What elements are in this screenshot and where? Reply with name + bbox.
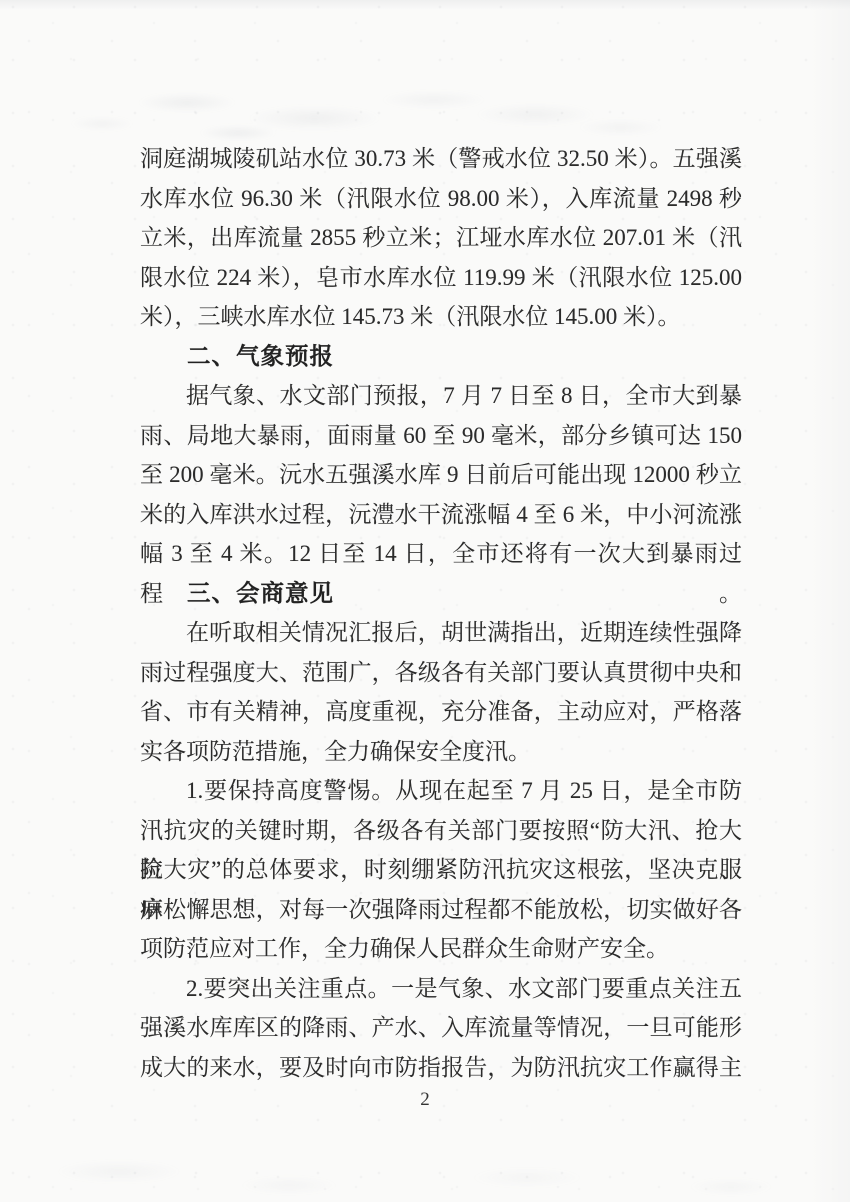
text-line: 项防范应对工作，全力确保人民群众生命财产安全。 — [140, 929, 742, 969]
scan-ghost-artifact-bottom — [0, 1126, 850, 1202]
text-line: 洞庭湖城陵矶站水位 30.73 米（警戒水位 32.50 米）。五强溪 — [140, 139, 742, 179]
text-line: 1.要保持高度警惕。从现在起至 7 月 25 日，是全市防 — [140, 771, 742, 811]
text-line: 至 200 毫米。沅水五强溪水库 9 日前后可能出现 12000 秒立 — [140, 455, 742, 495]
text-line: 痹松懈思想，对每一次强降雨过程都不能放松，切实做好各 — [140, 890, 742, 930]
text-line: 汛抗灾的关键时期，各级各有关部门要按照“防大汛、抢大险、 — [140, 811, 742, 851]
text-line: 抗大灾”的总体要求，时刻绷紧防汛抗灾这根弦，坚决克服麻 — [140, 850, 742, 890]
document-page: 洞庭湖城陵矶站水位 30.73 米（警戒水位 32.50 米）。五强溪水库水位 … — [0, 0, 850, 1202]
text-line: 水库水位 96.30 米（汛限水位 98.00 米），入库流量 2498 秒 — [140, 179, 742, 219]
page-number: 2 — [0, 1089, 850, 1111]
text-line: 幅 3 至 4 米。12 日至 14 日，全市还将有一次大到暴雨过程。 — [140, 534, 742, 574]
document-body: 洞庭湖城陵矶站水位 30.73 米（警戒水位 32.50 米）。五强溪水库水位 … — [140, 139, 742, 1087]
text-line: 据气象、水文部门预报，7 月 7 日至 8 日，全市大到暴 — [140, 376, 742, 416]
section-heading: 二、气象预报 — [140, 337, 742, 377]
scan-ghost-artifact-top — [0, 52, 850, 144]
text-line: 米的入库洪水过程，沅澧水干流涨幅 4 至 6 米，中小河流涨 — [140, 495, 742, 535]
text-line: 强溪水库库区的降雨、产水、入库流量等情况，一旦可能形 — [140, 1008, 742, 1048]
text-line: 立米，出库流量 2855 秒立米；江垭水库水位 207.01 米（汛 — [140, 218, 742, 258]
text-line: 雨过程强度大、范围广，各级各有关部门要认真贯彻中央和 — [140, 653, 742, 693]
text-line: 米），三峡水库水位 145.73 米（汛限水位 145.00 米）。 — [140, 297, 742, 337]
text-line: 实各项防范措施，全力确保安全度汛。 — [140, 732, 742, 772]
text-line: 雨、局地大暴雨，面雨量 60 至 90 毫米，部分乡镇可达 150 — [140, 416, 742, 456]
text-line: 省、市有关精神，高度重视，充分准备，主动应对，严格落 — [140, 692, 742, 732]
text-line: 在听取相关情况汇报后，胡世满指出，近期连续性强降 — [140, 613, 742, 653]
text-line: 2.要突出关注重点。一是气象、水文部门要重点关注五 — [140, 969, 742, 1009]
text-line: 限水位 224 米），皂市水库水位 119.99 米（汛限水位 125.00 — [140, 258, 742, 298]
text-line: 成大的来水，要及时向市防指报告，为防汛抗灾工作赢得主 — [140, 1048, 742, 1088]
